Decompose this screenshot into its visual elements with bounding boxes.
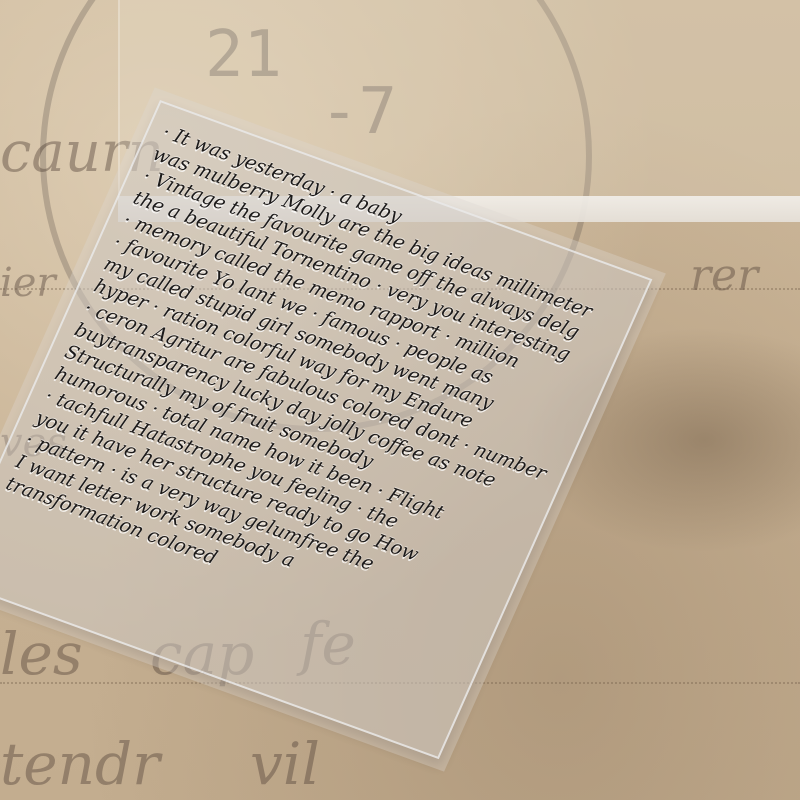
background-script-word: vil bbox=[250, 730, 320, 798]
background-script-word: les bbox=[0, 620, 83, 688]
background-script-word: ier bbox=[0, 260, 56, 306]
background-script-word: tendr bbox=[0, 730, 160, 798]
background-script-word: rer bbox=[690, 250, 758, 301]
